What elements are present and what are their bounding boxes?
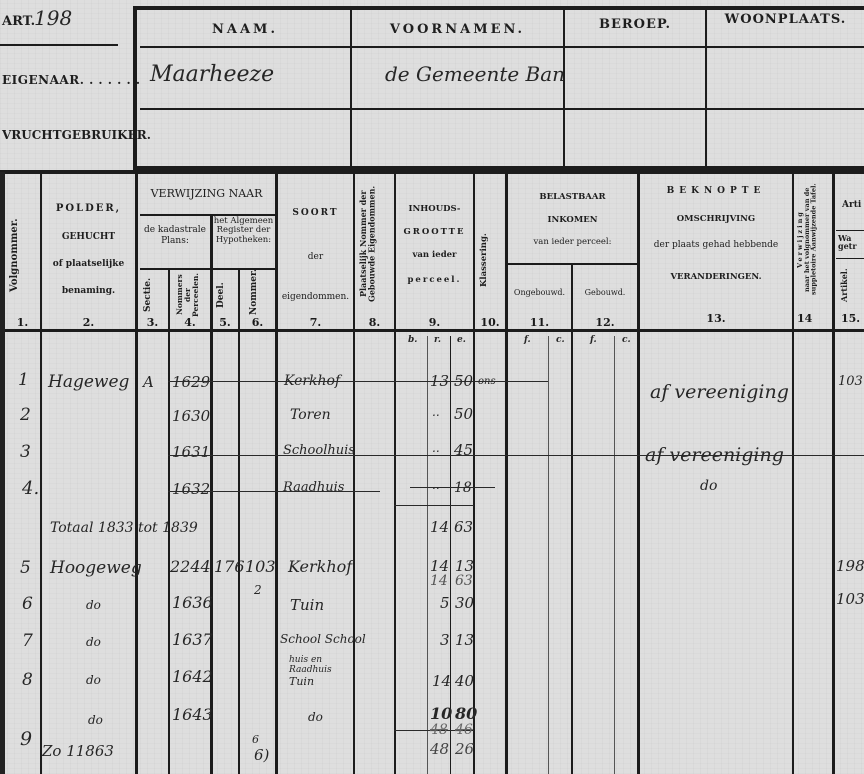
vruchtgebruiker-label: VRUCHTGEBRUIKER. [2, 128, 151, 142]
col6-num: 6. [240, 316, 275, 329]
col11-sub-c: c. [556, 335, 565, 345]
col7-header-eigendommen: eigendommen. [278, 292, 353, 302]
art-label: ART. [2, 14, 35, 29]
sum1-r: 48 [430, 722, 448, 738]
row2-e: 50 [454, 405, 473, 423]
col12-header-gebouwd: Gebouwd. [573, 288, 637, 297]
row1-polder: Hageweg [48, 372, 129, 392]
col11-num: 11. [508, 316, 571, 329]
row5-nommer-sub: 2 [254, 583, 262, 597]
col9-sub-r: r. [434, 335, 441, 345]
row5-soort: Kerkhof [288, 557, 352, 576]
row3-r: .. [432, 441, 440, 455]
col2-header-plaatselijke: of plaatselijke [42, 259, 135, 269]
row8-soort: huis en Raadhuis Tuin [289, 655, 332, 688]
algemeen-register-header: het Algemeen Register der Hypotheken: [212, 217, 275, 245]
row6-e: 30 [455, 594, 474, 612]
col9-header-van-ieder: van ieder [396, 250, 473, 260]
row9-e: 80 [455, 704, 477, 723]
row8-e: 40 [455, 672, 474, 690]
header-naam: NAAM. [140, 22, 350, 37]
row1-artikel: 103 [838, 374, 863, 389]
row8-polder: do [86, 673, 101, 687]
header-voornamen: VOORNAMEN. [352, 22, 563, 37]
col15-num: 15. [841, 312, 860, 325]
row6-soort: Tuin [290, 596, 324, 614]
row6-perceel: 1636 [172, 593, 213, 612]
header-bottom-border [5, 329, 864, 332]
col9-header-inhouds: INHOUDS- [396, 204, 473, 214]
row4-subtotal-line [394, 505, 474, 506]
row7-polder: do [86, 635, 101, 649]
row5-volgnommer: 5 [20, 558, 31, 578]
col11-sub-f: f. [524, 335, 531, 345]
row4-strike-a [168, 491, 380, 492]
col14-header-line3: suppletoire Aanwijzende Tafel. [810, 184, 818, 296]
col13-header-veranderingen: VERANDERINGEN. [640, 272, 792, 282]
col9-sub-b: b. [408, 335, 417, 345]
row7-r: 3 [440, 631, 450, 649]
col1-num: 1. [5, 316, 40, 329]
row6-artikel: 103 [836, 590, 864, 608]
col13-num: 13. [640, 312, 792, 325]
row1-volgnommer: 1 [18, 370, 29, 390]
bottom-deel-note: 6) [254, 746, 269, 764]
row3-perceel: 1631 [172, 443, 210, 461]
totaal-e: 63 [454, 518, 473, 536]
table-top-border [0, 170, 864, 174]
col5-header-deel: Deel. [217, 275, 226, 315]
owner-naam: Maarheeze [150, 62, 274, 87]
row4-perceel: 1632 [172, 480, 210, 498]
row1-verandering: af vereeniging [650, 381, 789, 403]
row4-verandering: do [700, 478, 717, 494]
row2-soort: Toren [290, 407, 331, 423]
row2-r: .. [432, 405, 440, 419]
col13-header-der-plaats: der plaats gehad hebbende [640, 240, 792, 250]
row5-r-alt: 14 [430, 573, 448, 589]
row5-perceel: 2244 [170, 557, 211, 576]
row1-sectie: A [143, 373, 154, 391]
col2-header-polder: POLDER, [42, 203, 135, 214]
row7-soort: School School [280, 632, 366, 646]
eigenaar-label: EIGENAAR. . . . . . . [2, 73, 141, 87]
row4-strike-b [410, 487, 495, 488]
col7-header-der: der [278, 252, 353, 262]
row2-volgnommer: 2 [20, 405, 31, 425]
row5-artikel: 198 [836, 557, 864, 575]
bottom-note: Zo 11863 [42, 742, 114, 760]
col12-sub-c: c. [622, 335, 631, 345]
col3-header-sectie: Sectie. [144, 275, 153, 315]
col13-header-beknopte: BEKNOPTE [640, 186, 792, 196]
col15-header-artikel-top: Arti [842, 200, 861, 210]
row8-soort-line3: Tuin [289, 676, 332, 689]
sum2-r: 48 [430, 740, 449, 758]
col9-header-grootte: GROOTTE [396, 227, 473, 237]
bottom-deel-note-small: 6 [252, 733, 259, 746]
col14-num: 14 [797, 312, 812, 325]
row4-volgnommer: 4. [22, 478, 39, 499]
row8-soort-line1: huis en [289, 655, 332, 665]
col2-header-gehucht: GEHUCHT [42, 232, 135, 242]
van-ieder-perceel-header: van ieder perceel: [508, 237, 637, 247]
row6-r: 5 [440, 594, 450, 612]
row4-e: 18 [454, 480, 472, 496]
col8-header-plaatselijk-nommer: Plaatselijk Nommer der Gebouwde Eigendom… [359, 175, 389, 313]
col10-header-klassering: Klassering. [480, 230, 489, 290]
col4-num: 4. [170, 316, 210, 329]
inkomen-header: INKOMEN [508, 215, 637, 225]
row5-e-alt: 63 [455, 573, 473, 589]
row3-strike [168, 455, 864, 456]
col9-num: 9. [396, 316, 473, 329]
col3-num: 3. [137, 316, 168, 329]
row6-polder: do [86, 598, 101, 612]
verwijzing-naar-header: VERWIJZING NAAR [138, 187, 275, 200]
col12-num: 12. [573, 316, 637, 329]
col7-header-soort: SOORT [278, 208, 353, 218]
owner-voornamen: de Gemeente Ban [385, 62, 565, 86]
col13-header-omschrijving: OMSCHRIJVING [640, 214, 792, 224]
row2-perceel: 1630 [172, 407, 210, 425]
col2-header-benaming: benaming. [42, 286, 135, 296]
col6-header-nommer: Nommer. [250, 275, 259, 315]
col7-num: 7. [278, 316, 353, 329]
row1-perceel: 1629 [172, 373, 210, 391]
row4-r: .. [432, 478, 440, 492]
row8-volgnommer: 8 [22, 670, 33, 690]
col2-num: 2. [42, 316, 135, 329]
row7-perceel: 1637 [172, 630, 213, 649]
row6-volgnommer: 6 [22, 594, 33, 614]
row5-deel: 176 [214, 557, 245, 576]
kadastrale-plans-header: de kadastrale Plans: [140, 225, 210, 247]
row3-e: 45 [454, 441, 473, 459]
sum1-e: 46 [455, 722, 473, 738]
totaal-r: 14 [430, 518, 449, 536]
art-underline [0, 44, 118, 46]
row5-polder: Hoogeweg [50, 558, 142, 578]
col4-header-nommers: Nommers der Perceelen. [176, 273, 202, 317]
col9-sub-e: e. [457, 335, 466, 345]
col15-header-waarde: Wa getr [838, 234, 864, 250]
col5-num: 5. [212, 316, 238, 329]
row9-volgnommer: 9 [20, 728, 32, 750]
belastbaar-header: BELASTBAAR [508, 192, 637, 202]
col15-header-artikel: Artikel. [840, 265, 848, 305]
row3-volgnommer: 3 [20, 442, 31, 462]
row8-r: 14 [432, 672, 451, 690]
col8-num: 8. [355, 316, 394, 329]
col10-num: 10. [475, 316, 505, 329]
col9-header-perceel: perceel. [396, 275, 473, 285]
row9-soort: do [308, 710, 323, 724]
col12-sub-f: f. [590, 335, 597, 345]
row1-strike [168, 381, 548, 382]
row9-perceel: 1643 [172, 705, 213, 724]
row4-soort: Raadhuis [283, 480, 344, 495]
row5-nommer: 103 [245, 557, 276, 576]
sum2-e: 26 [455, 740, 474, 758]
row7-e: 13 [455, 631, 474, 649]
header-woonplaats: WOONPLAATS. [707, 12, 864, 27]
col14-header: Verwijzing naar het volgnommer van de su… [797, 172, 829, 307]
col11-header-ongebouwd: Ongebouwd. [508, 288, 571, 297]
art-number: 198 [34, 6, 72, 30]
row9-polder: do [88, 713, 103, 727]
header-beroep: BEROEP. [565, 17, 705, 32]
row7-volgnommer: 7 [22, 631, 33, 651]
row9-r: 10 [430, 704, 452, 723]
totaal-note: Totaal 1833 tot 1839 [50, 520, 198, 536]
row8-perceel: 1642 [172, 667, 213, 686]
col1-header: Volgnommer. [10, 200, 21, 310]
